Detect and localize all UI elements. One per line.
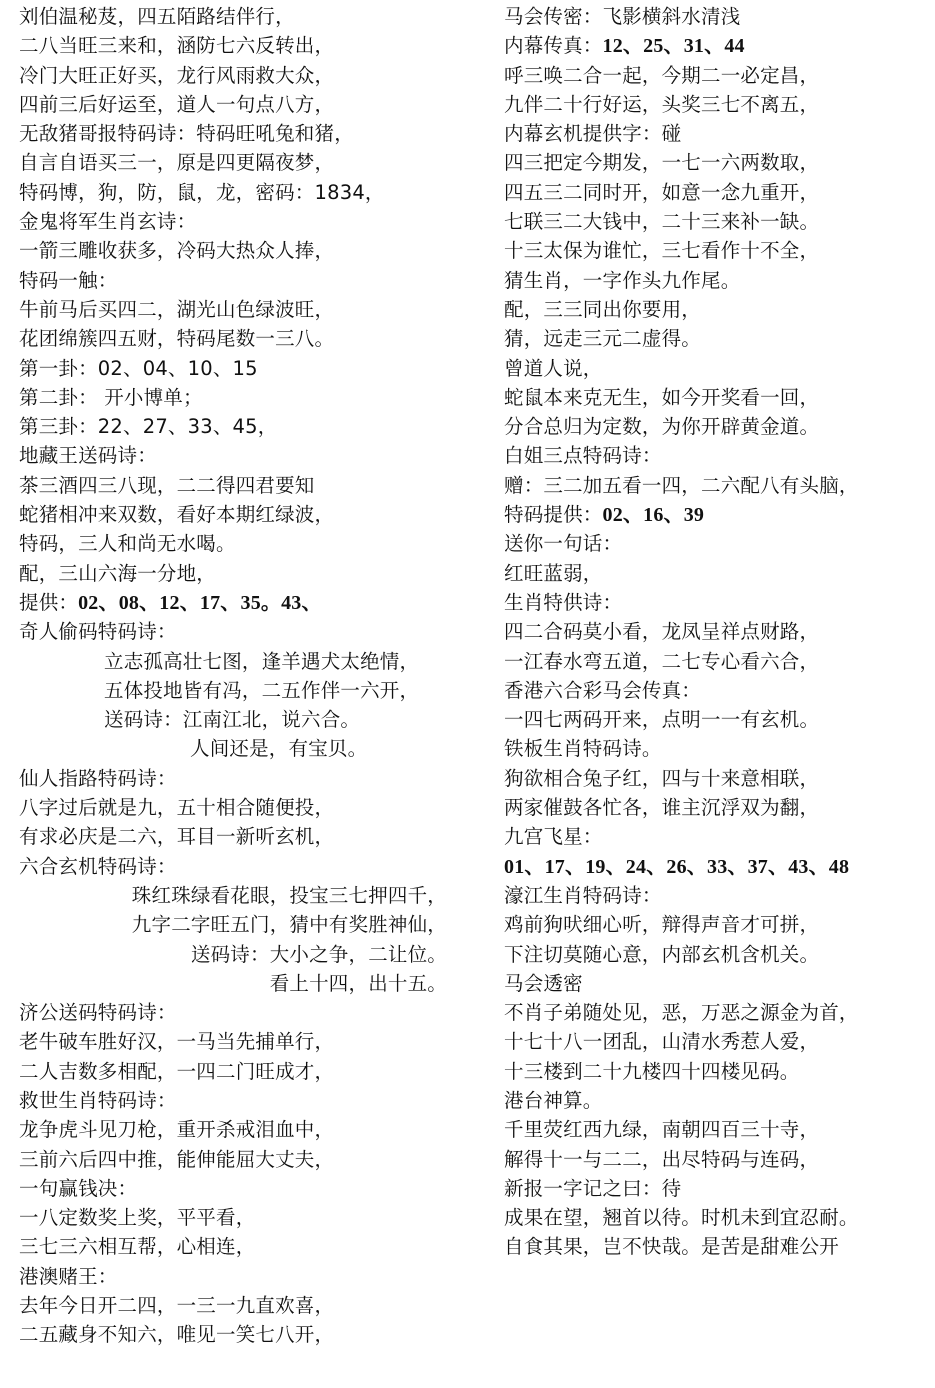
text-line: 不肖子弟随处见，恶，万恶之源金为首， (504, 998, 929, 1027)
right-column: 马会传密：飞影横斜水清浅 内幕传真：12、25、31、44 呼三唤二合一起，今期… (504, 2, 929, 1262)
text-line: 一四七两码开来，点明一一有玄机。 (504, 705, 929, 734)
text-line: 七联三二大钱中，二十三来补一缺。 (504, 207, 929, 236)
text-line: 自言自语买三一，原是四更隔夜梦， (19, 148, 459, 177)
text-line: 看上十四，出十五。 (19, 969, 447, 998)
text-line: 四五三二同时开，如意一念九重开， (504, 178, 929, 207)
number-values: 01、17、19、24、26、33、37、43、48 (504, 856, 849, 878)
section-heading: 马会透密 (504, 969, 929, 998)
text-line: 立志孤高壮七图，逢羊遇犬太绝情， (19, 647, 459, 676)
text-line: 呼三唤二合一起，今期二一必定昌， (504, 61, 929, 90)
text-line: 冷门大旺正好买，龙行风雨救大众， (19, 61, 459, 90)
text-line: 特码，三人和尚无水喝。 (19, 529, 459, 558)
section-heading: 金鬼将军生肖玄诗： (19, 207, 459, 236)
text-line: 二八当旺三来和，涵防七六反转出， (19, 31, 459, 60)
text-line: 下注切莫随心意，内部玄机含机关。 (504, 940, 929, 969)
text-line: 花团绵簇四五财，特码尾数一三八。 (19, 324, 459, 353)
section-heading: 送你一句话： (504, 529, 929, 558)
text-line: 十三太保为谁忙，三七看作十不全， (504, 236, 929, 265)
text-line: 狗欲相合兔子红，四与十来意相联， (504, 764, 929, 793)
text-line: 去年今日开二四，一三一九直欢喜， (19, 1291, 459, 1320)
text-line: 四二合码莫小看，龙凤呈祥点财路， (504, 617, 929, 646)
section-heading: 濠江生肖特码诗： (504, 881, 929, 910)
text-line: 龙争虎斗见刀枪，重开杀戒泪血中， (19, 1115, 459, 1144)
text-line: 三七三六相互帮，心相连， (19, 1232, 459, 1261)
text-line: 一江春水弯五道，二七专心看六合， (504, 647, 929, 676)
number-values: 12、25、31、44 (603, 35, 745, 57)
text-line: 第三卦：22、27、33、45， (19, 412, 459, 441)
number-line: 提供：02、08、12、17、35。43、 (19, 588, 459, 617)
text-line: 蛇鼠本来克无生，如今开奖看一回， (504, 383, 929, 412)
section-heading: 生肖特供诗： (504, 588, 929, 617)
text-line: 第二卦： 开小博单； (19, 383, 459, 412)
text-line: 猜生肖，一字作头九作尾。 (504, 266, 929, 295)
section-heading: 救世生肖特码诗： (19, 1086, 459, 1115)
text-line: 九字二字旺五门，猜中有奖胜神仙， (19, 910, 447, 939)
number-label: 内幕传真： (504, 34, 603, 57)
section-heading: 铁板生肖特码诗。 (504, 734, 929, 763)
text-line: 老牛破车胜好汉，一马当先捕单行， (19, 1027, 459, 1056)
left-column: 刘伯温秘芨，四五陌路结伴行， 二八当旺三来和，涵防七六反转出， 冷门大旺正好买，… (19, 2, 459, 1350)
text-line: 千里荧红西九绿，南朝四百三十寺， (504, 1115, 929, 1144)
text-line: 配，三山六海一分地， (19, 559, 459, 588)
text-line: 珠红珠绿看花眼，投宝三七押四千， (19, 881, 447, 910)
text-line: 五体投地皆有冯，二五作伴一六开， (19, 676, 459, 705)
text-line: 特码博，狗，防，鼠，龙，密码：1834， (19, 178, 459, 207)
text-line: 四前三后好运至，道人一句点八方， (19, 90, 459, 119)
section-heading: 特码一触： (19, 266, 459, 295)
number-values: 02、08、12、17、35。43、 (78, 592, 322, 614)
text-line: 内幕玄机提供字：碰 (504, 119, 929, 148)
section-heading: 白姐三点特码诗： (504, 441, 929, 470)
section-heading: 曾道人说， (504, 354, 929, 383)
text-line: 蛇猪相冲来双数，看好本期红绿波， (19, 500, 459, 529)
number-line: 01、17、19、24、26、33、37、43、48 (504, 852, 929, 881)
text-line: 第一卦：02、04、10、15 (19, 354, 459, 383)
section-heading: 六合玄机特码诗： (19, 852, 459, 881)
text-line: 分合总归为定数，为你开辟黄金道。 (504, 412, 929, 441)
text-line: 十三楼到二十九楼四十四楼见码。 (504, 1057, 929, 1086)
text-line: 人间还是，有宝贝。 (19, 734, 459, 763)
text-line: 送码诗：江南江北，说六合。 (19, 705, 459, 734)
text-line: 八字过后就是九，五十相合随便投， (19, 793, 459, 822)
text-line: 三前六后四中推，能伸能屈大丈夫， (19, 1145, 459, 1174)
text-line: 牛前马后买四二，湖光山色绿波旺， (19, 295, 459, 324)
text-line: 二人吉数多相配，一四二门旺成才， (19, 1057, 459, 1086)
text-line: 配，三三同出你要用， (504, 295, 929, 324)
section-heading: 仙人指路特码诗： (19, 764, 459, 793)
text-line: 一八定数奖上奖，平平看， (19, 1203, 459, 1232)
text-line: 无敌猪哥报特码诗：特码旺吼兔和猪， (19, 119, 459, 148)
section-heading: 一句赢钱决： (19, 1174, 459, 1203)
text-line: 有求必庆是二六，耳目一新听玄机， (19, 822, 459, 851)
number-label: 特码提供： (504, 503, 603, 526)
text-line: 茶三酒四三八现，二二得四君要知 (19, 471, 459, 500)
section-heading: 九宫飞星： (504, 822, 929, 851)
text-line: 送码诗：大小之争，二让位。 (19, 940, 447, 969)
section-heading: 奇人偷码特码诗： (19, 617, 459, 646)
number-values: 02、16、39 (603, 504, 705, 526)
number-line: 内幕传真：12、25、31、44 (504, 31, 929, 60)
text-line: 一箭三雕收获多，冷码大热众人捧， (19, 236, 459, 265)
section-heading: 地藏王送码诗： (19, 441, 459, 470)
number-line: 特码提供：02、16、39 (504, 500, 929, 529)
section-heading: 港台神算。 (504, 1086, 929, 1115)
text-line: 解得十一与二二，出尽特码与连码， (504, 1145, 929, 1174)
section-heading: 港澳赌王： (19, 1262, 459, 1291)
text-line: 两家催鼓各忙各，谁主沉浮双为翻， (504, 793, 929, 822)
text-line: 自食其果，岂不快哉。是苦是甜难公开 (504, 1232, 929, 1261)
text-line: 新报一字记之曰：待 (504, 1174, 929, 1203)
text-line: 猜，远走三元二虚得。 (504, 324, 929, 353)
text-line: 十七十八一团乱，山清水秀惹人爱， (504, 1027, 929, 1056)
section-heading: 济公送码特码诗： (19, 998, 459, 1027)
number-label: 提供： (19, 591, 78, 614)
text-line: 赠：三二加五看一四，二六配八有头脑， (504, 471, 929, 500)
text-line: 马会传密：飞影横斜水清浅 (504, 2, 929, 31)
text-line: 鸡前狗吠细心听，辩得声音才可拼， (504, 910, 929, 939)
text-line: 刘伯温秘芨，四五陌路结伴行， (19, 2, 459, 31)
text-line: 红旺蓝弱， (504, 559, 929, 588)
text-line: 二五藏身不知六，唯见一笑七八开， (19, 1320, 459, 1349)
text-line: 成果在望，翘首以待。时机未到宜忍耐。 (504, 1203, 929, 1232)
text-line: 四三把定今期发，一七一六两数取， (504, 148, 929, 177)
section-heading: 香港六合彩马会传真： (504, 676, 929, 705)
text-line: 九伴二十行好运，头奖三七不离五， (504, 90, 929, 119)
